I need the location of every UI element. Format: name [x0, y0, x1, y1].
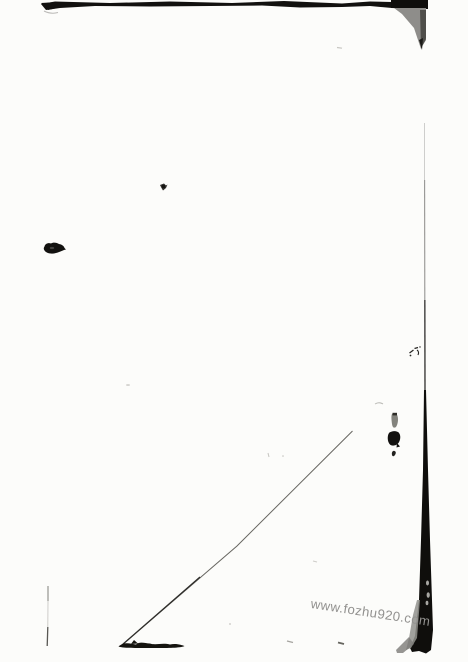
arrow-scratch-mark — [410, 346, 421, 356]
page-marks-layer — [0, 0, 468, 662]
left-hairline-crease — [47, 586, 48, 646]
bottom-ink-smudge — [119, 640, 185, 648]
corner-shadow-triangle — [391, 0, 428, 50]
scanned-page: www.fozhu920.com — [0, 0, 468, 662]
diagonal-crease-line — [122, 431, 353, 645]
top-edge-ink-line — [41, 1, 392, 13]
ink-blot — [44, 243, 66, 254]
dust-specks — [126, 48, 344, 645]
ink-blob-cluster — [375, 403, 400, 456]
small-ink-speck — [160, 184, 168, 191]
